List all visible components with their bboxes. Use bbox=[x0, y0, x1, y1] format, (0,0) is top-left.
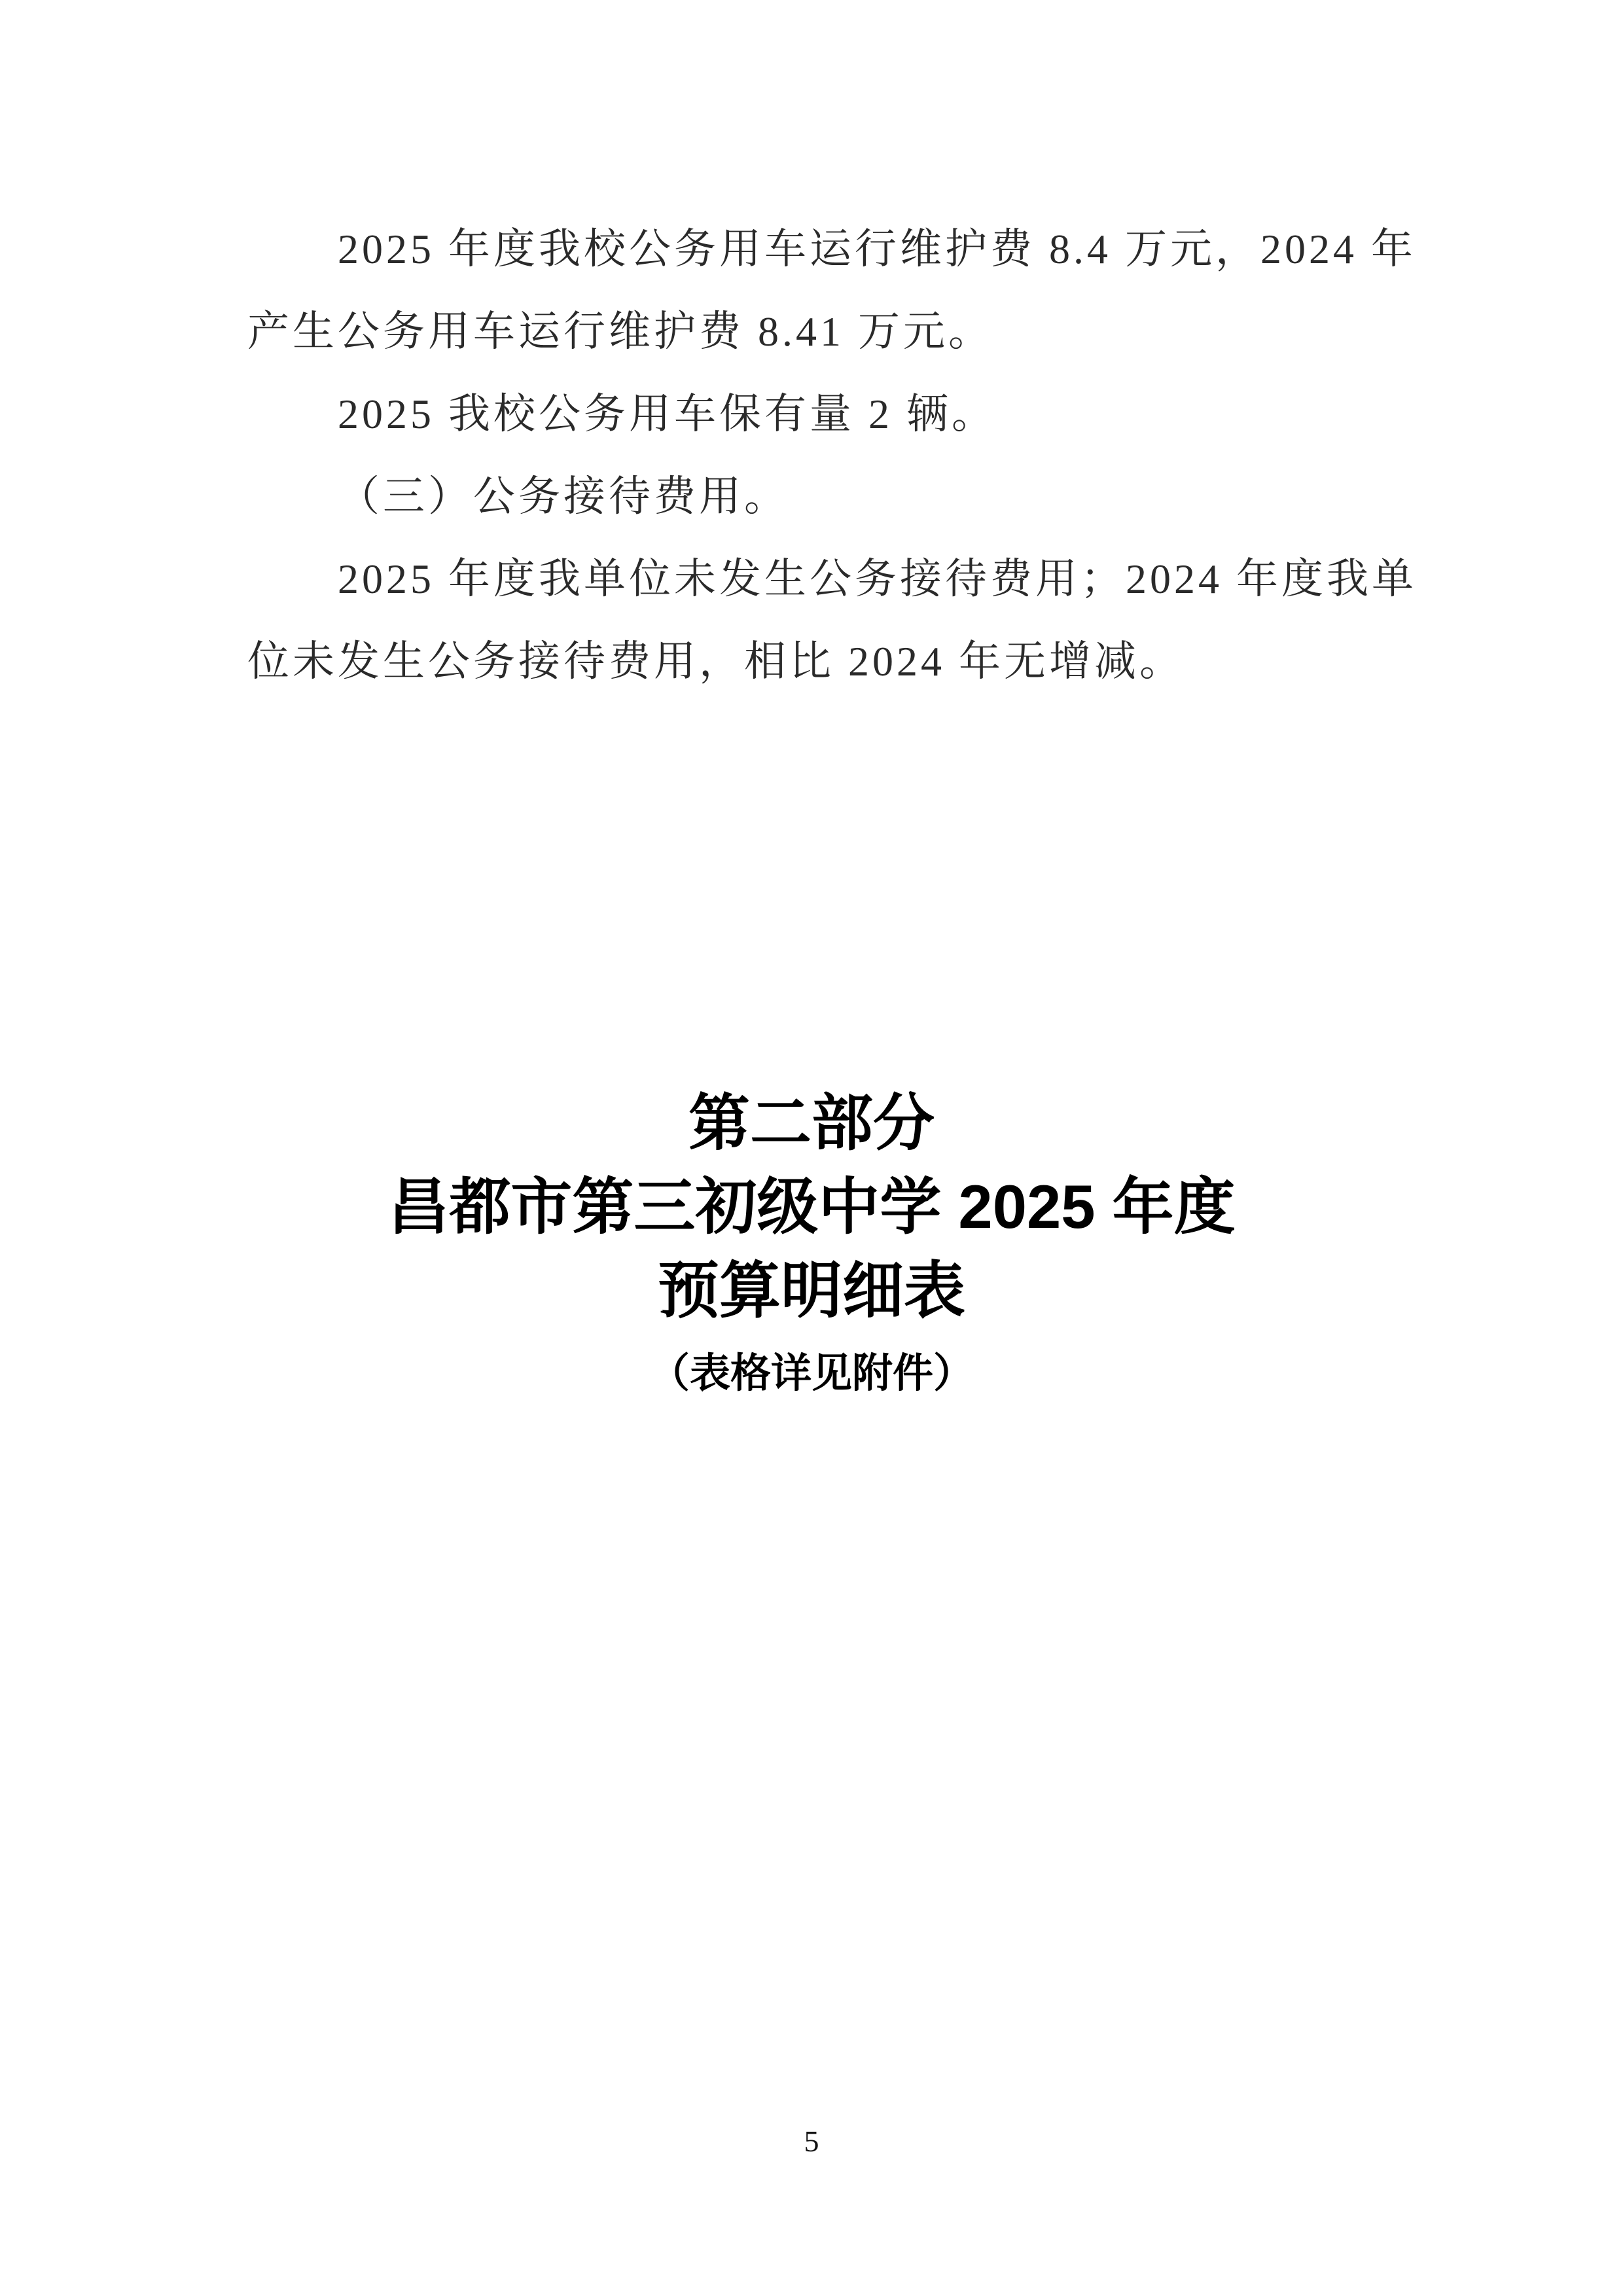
body-line: 2025 年度我校公务用车运行维护费 8.4 万元，2024 年 bbox=[247, 208, 1386, 291]
document-page: 2025 年度我校公务用车运行维护费 8.4 万元，2024 年 产生公务用车运… bbox=[0, 0, 1623, 2296]
section-org-title: 昌都市第三初级中学 2025 年度 bbox=[0, 1165, 1623, 1249]
page-number: 5 bbox=[0, 2122, 1623, 2161]
body-line: （三）公务接待费用。 bbox=[247, 456, 1386, 538]
body-line: 2025 我校公务用车保有量 2 辆。 bbox=[247, 373, 1386, 456]
section-heading-block: 第二部分 昌都市第三初级中学 2025 年度 预算明细表 （表格详见附件） bbox=[0, 1081, 1623, 1410]
section-doc-title: 预算明细表 bbox=[0, 1249, 1623, 1333]
body-line: 位未发生公务接待费用，相比 2024 年无增减。 bbox=[247, 620, 1386, 703]
body-line: 产生公务用车运行维护费 8.41 万元。 bbox=[247, 291, 1386, 373]
section-note: （表格详见附件） bbox=[0, 1338, 1623, 1410]
section-part-title: 第二部分 bbox=[0, 1081, 1623, 1165]
body-paragraphs: 2025 年度我校公务用车运行维护费 8.4 万元，2024 年 产生公务用车运… bbox=[247, 208, 1386, 703]
body-line: 2025 年度我单位未发生公务接待费用；2024 年度我单 bbox=[247, 538, 1386, 620]
